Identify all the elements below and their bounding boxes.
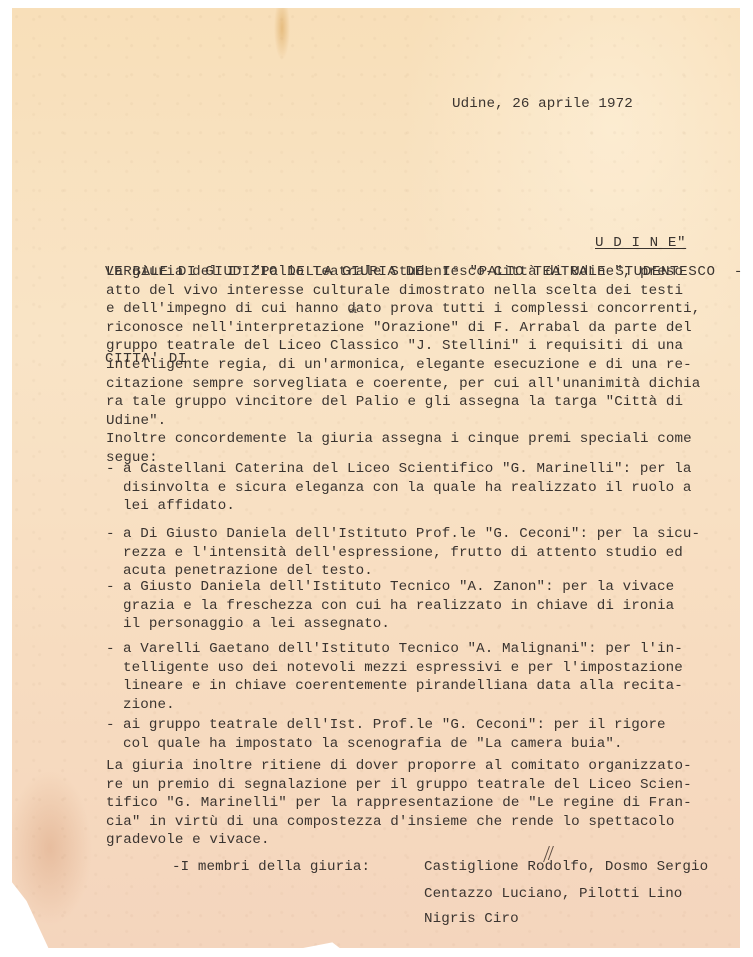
prize-text: ai gruppo teatrale dell'Ist. Prof.le "G.… <box>123 716 666 753</box>
title-city-underlined: U D I N E" <box>595 229 686 258</box>
prize-text: a Varelli Gaetano dell'Istituto Tecnico … <box>123 640 683 714</box>
jury-members-line-2: Centazzo Luciano, Pilotti Lino <box>424 885 682 904</box>
bullet-dash: - <box>106 460 115 479</box>
intro-line: riconosce nell'interpretazione "Orazione… <box>106 319 700 338</box>
closing-paragraph: La giuria inoltre ritiene di dover propo… <box>106 757 692 850</box>
intro-line: e dell'impegno di cui hanno dato prova t… <box>106 300 700 319</box>
prize-text: a Castellani Caterina del Liceo Scientif… <box>123 460 692 516</box>
intro-line: Inoltre concordemente la giuria assegna … <box>106 430 700 449</box>
closing-line: cia" in virtù di una compostezza d'insie… <box>106 813 692 832</box>
bullet-dash: - <box>106 578 115 597</box>
intro-paragraph: La giuria del I° "Palio Teatrale Student… <box>106 263 700 468</box>
bullet-dash: - <box>106 640 115 659</box>
jury-members-line-1: Castiglione Rodolfo, Dosmo Sergio <box>424 858 708 877</box>
intro-line: ra tale gruppo vincitore del Palio e gli… <box>106 393 700 412</box>
intro-line: atto del vivo interesse culturale dimost… <box>106 282 700 301</box>
signatures-label: -I membri della giuria: <box>172 858 370 877</box>
intro-line: La giuria del I° "Palio Teatrale Student… <box>106 263 700 282</box>
prize-text: a Giusto Daniela dell'Istituto Tecnico "… <box>123 578 674 634</box>
bullet-dash: - <box>106 525 115 544</box>
intro-line: Udine". <box>106 412 700 431</box>
closing-line: gradevole e vivace. <box>106 831 692 850</box>
date-line: Udine, 26 aprile 1972 <box>452 95 633 114</box>
bullet-dash: - <box>106 716 115 735</box>
intro-line: intelligente regia, di un'armonica, eleg… <box>106 356 700 375</box>
closing-line: tifico "G. Marinelli" per la rappresenta… <box>106 794 692 813</box>
intro-line: citazione sempre sorvegliata e coerente,… <box>106 375 700 394</box>
jury-members-line-3: Nigris Ciro <box>424 910 519 929</box>
intro-line: gruppo teatrale del Liceo Classico "J. S… <box>106 337 700 356</box>
closing-line: re un premio di segnalazione per il grup… <box>106 776 692 795</box>
interlinear-insert: di <box>349 308 357 316</box>
prize-text: a Di Giusto Daniela dell'Istituto Prof.l… <box>123 525 700 581</box>
closing-line: La giuria inoltre ritiene di dover propo… <box>106 757 692 776</box>
